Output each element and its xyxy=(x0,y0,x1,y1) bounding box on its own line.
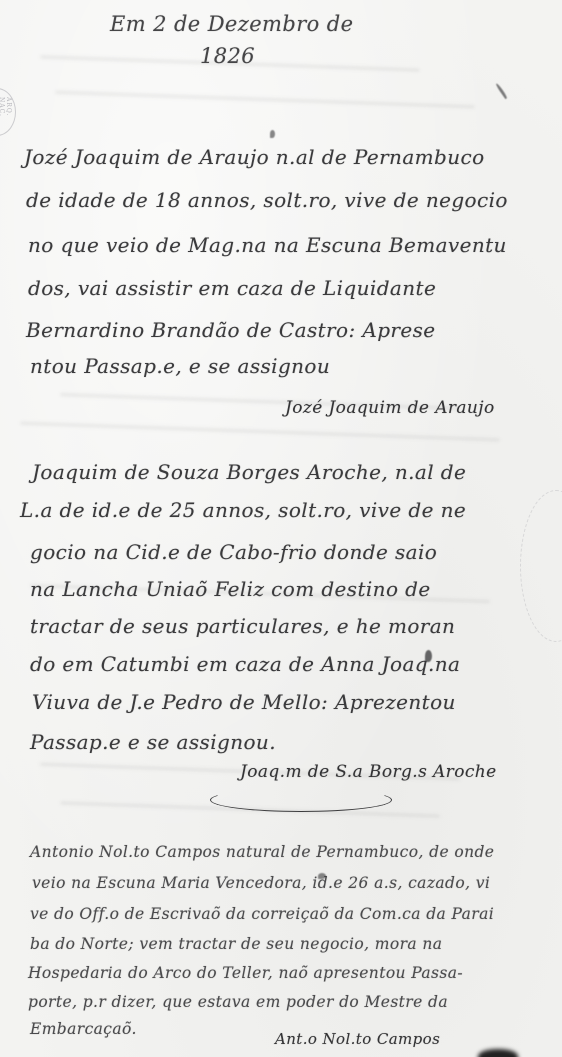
bleed-through-mark xyxy=(55,91,475,109)
bleed-through-mark xyxy=(20,422,500,442)
entry-line: ba do Norte; vem tractar de seu negocio,… xyxy=(30,935,442,953)
entry-line: gocio na Cid.e de Cabo-frio donde saio xyxy=(30,540,437,564)
entry-line: Joaquim de Souza Borges Aroche, n.al de xyxy=(32,460,466,484)
ink-blot xyxy=(425,650,432,662)
ink-blot xyxy=(270,130,275,138)
entry-line: de idade de 18 annos, solt.ro, vive de n… xyxy=(26,188,508,212)
entry-line: tractar de seus particulares, e he moran xyxy=(30,614,455,638)
signature: Joaq.m de S.a Borg.s Aroche xyxy=(240,762,497,782)
signature: Jozé Joaquim de Araujo xyxy=(285,398,495,418)
date-heading-line1: Em 2 de Dezembro de xyxy=(110,12,353,36)
page-edge-shadow xyxy=(478,1049,518,1057)
entry-line: ve do Off.o de Escrivaõ da correiçaõ da … xyxy=(30,905,494,923)
signature: Ant.o Nol.to Campos xyxy=(275,1030,440,1048)
entry-line: na Lancha Uniaõ Feliz com destino de xyxy=(30,577,431,601)
entry-line: no que veio de Mag.na na Escuna Bemavent… xyxy=(28,233,507,257)
entry-line: Passap.e e se assignou. xyxy=(30,730,276,754)
stamp-text: ARQ. NAC. xyxy=(0,97,12,135)
entry-line: ntou Passap.e, e se assignou xyxy=(30,354,330,378)
entry-line: dos, vai assistir em caza de Liquidante xyxy=(28,276,436,300)
entry-line: do em Catumbi em caza de Anna Joaq.na xyxy=(30,652,460,676)
entry-line: L.a de id.e de 25 annos, solt.ro, vive d… xyxy=(20,498,466,522)
entry-line: Jozé Joaquim de Araujo n.al de Pernambuc… xyxy=(24,145,485,169)
entry-line: veio na Escuna Maria Vencedora, id.e 26 … xyxy=(32,874,490,892)
ink-blot xyxy=(495,83,508,99)
date-heading-line2: 1826 xyxy=(200,44,255,68)
entry-line: Viuva de J.e Pedro de Mello: Aprezentou xyxy=(32,690,456,714)
entry-line: Embarcaçaõ. xyxy=(30,1020,137,1038)
entry-line: porte, p.r dizer, que estava em poder do… xyxy=(28,993,448,1011)
entry-line: Antonio Nol.to Campos natural de Pernamb… xyxy=(30,843,494,861)
archive-stamp-right xyxy=(520,490,562,642)
manuscript-page: ARQ. NAC. Em 2 de Dezembro de 1826 Jozé … xyxy=(0,0,562,1057)
entry-line: Bernardino Brandão de Castro: Aprese xyxy=(26,318,436,342)
entry-line: Hospedaria do Arco do Teller, naõ aprese… xyxy=(28,964,463,982)
archive-stamp-left: ARQ. NAC. xyxy=(0,88,16,136)
signature-flourish xyxy=(210,788,392,812)
ink-blot xyxy=(318,873,326,879)
